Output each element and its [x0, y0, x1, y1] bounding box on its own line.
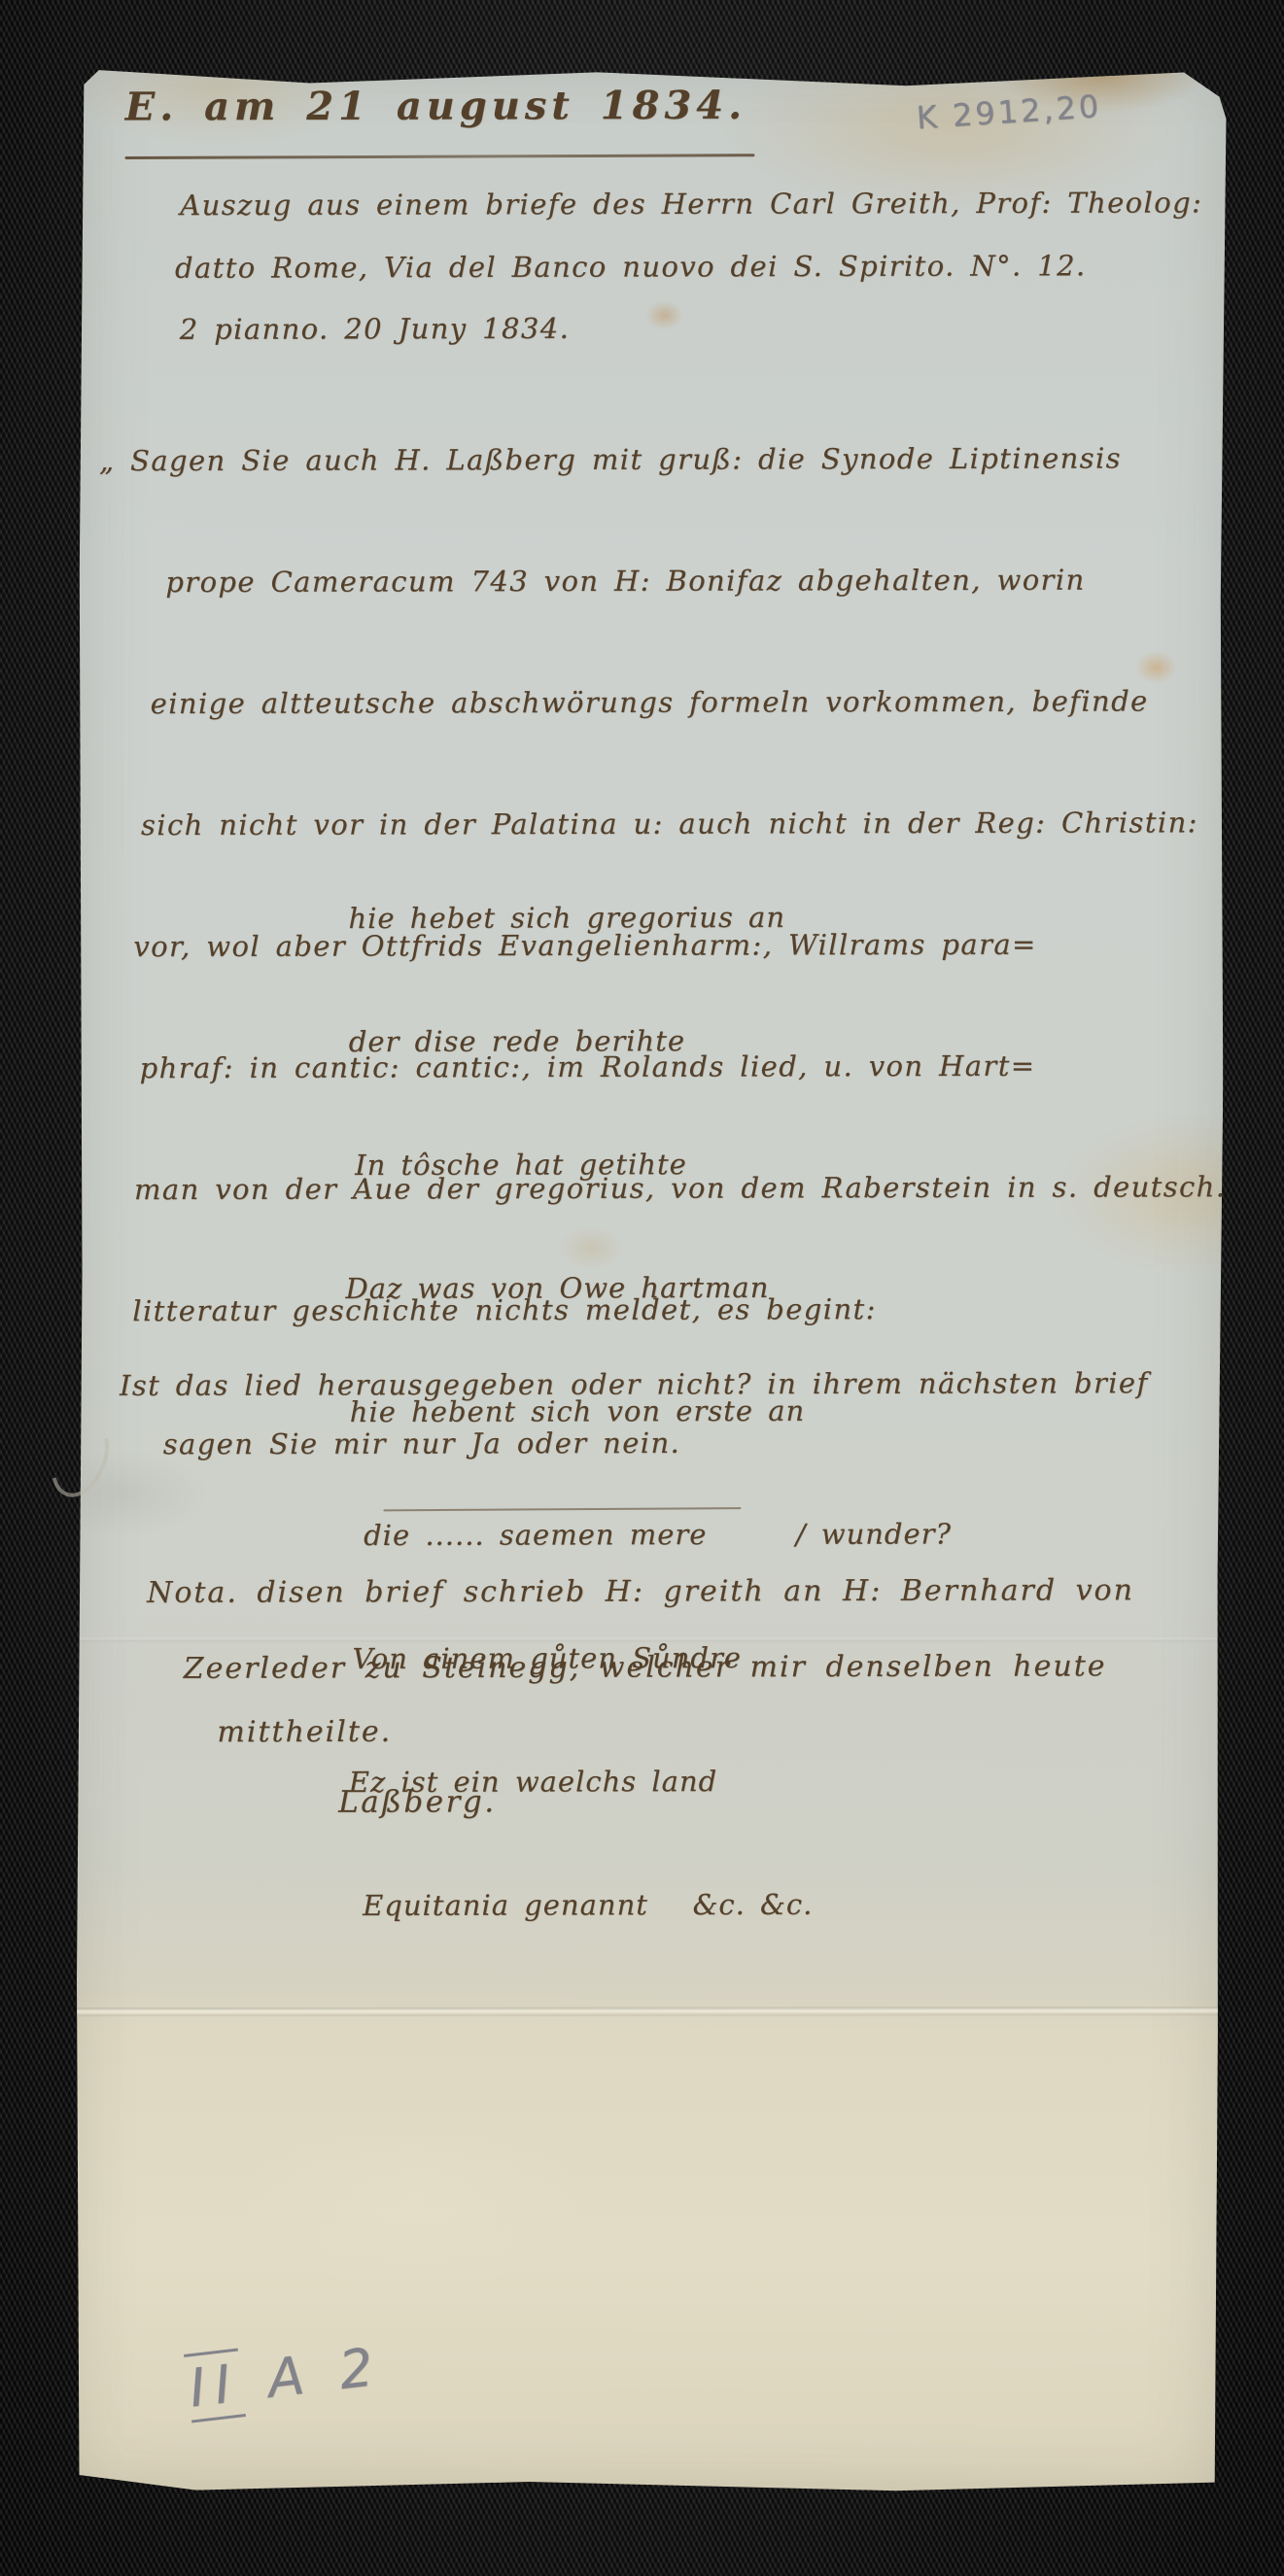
- intro-line: 2 pianno. 20 Juny 1834.: [180, 312, 571, 346]
- poem-line: die ...... saemen mere / wunder?: [364, 1517, 1128, 1576]
- closing-line: sagen Sie mir nur Ja oder nein.: [163, 1426, 681, 1460]
- intro-line: datto Rome, Via del Banco nuovo dei S. S…: [175, 249, 1087, 284]
- archival-shelfmark-pencil: II A 2: [185, 2335, 387, 2419]
- poem-line: hie hebet sich gregorius an: [348, 900, 1126, 959]
- body-line: prope Cameracum 743 von H: Bonifaz abgeh…: [165, 563, 1211, 621]
- poem-line: In tôsche hat getihte: [355, 1147, 1127, 1206]
- fold-crease-major: [72, 2007, 1219, 2016]
- poem-quotation: hie hebet sich gregorius an der dise red…: [348, 834, 1128, 2012]
- scan-background: K 2912,20 E. am 21 august 1834. Auszug a…: [0, 0, 1284, 2576]
- body-line: „ Sagen Sie auch H. Laßberg mit gruß: di…: [99, 441, 1211, 499]
- body-line: einige altteutsche abschwörungs formeln …: [151, 684, 1212, 742]
- archival-number-pencil-mark: K 2912,20: [916, 87, 1103, 136]
- nota-line: Zeerleder zu Steinegg, welcher mir dense…: [184, 1649, 1107, 1685]
- poem-line: Daz was von Owe hartman: [345, 1270, 1127, 1329]
- shelfmark-roman-numeral: II: [184, 2348, 246, 2422]
- intro-line: Auszug aus einem briefe des Herrn Carl G…: [180, 186, 1202, 222]
- heading-underline: [124, 154, 754, 159]
- nota-line: mittheilte.: [217, 1715, 392, 1749]
- fold-crease-minor: [74, 1638, 1221, 1642]
- letter-page: K 2912,20 E. am 21 august 1834. Auszug a…: [70, 60, 1228, 2494]
- shelfmark-letter-number: A 2: [264, 2335, 386, 2409]
- letter-heading-date: E. am 21 august 1834.: [125, 83, 746, 130]
- poem-line: Equitania genannt &c. &c.: [363, 1887, 1128, 1946]
- poem-line: der dise rede berihte: [349, 1023, 1127, 1082]
- closing-line: Ist das lied herausgegeben oder nicht? i…: [120, 1366, 1149, 1402]
- nota-line: Nota. disen brief schrieb H: greith an H…: [147, 1573, 1134, 1610]
- signature: Laßberg.: [338, 1784, 497, 1819]
